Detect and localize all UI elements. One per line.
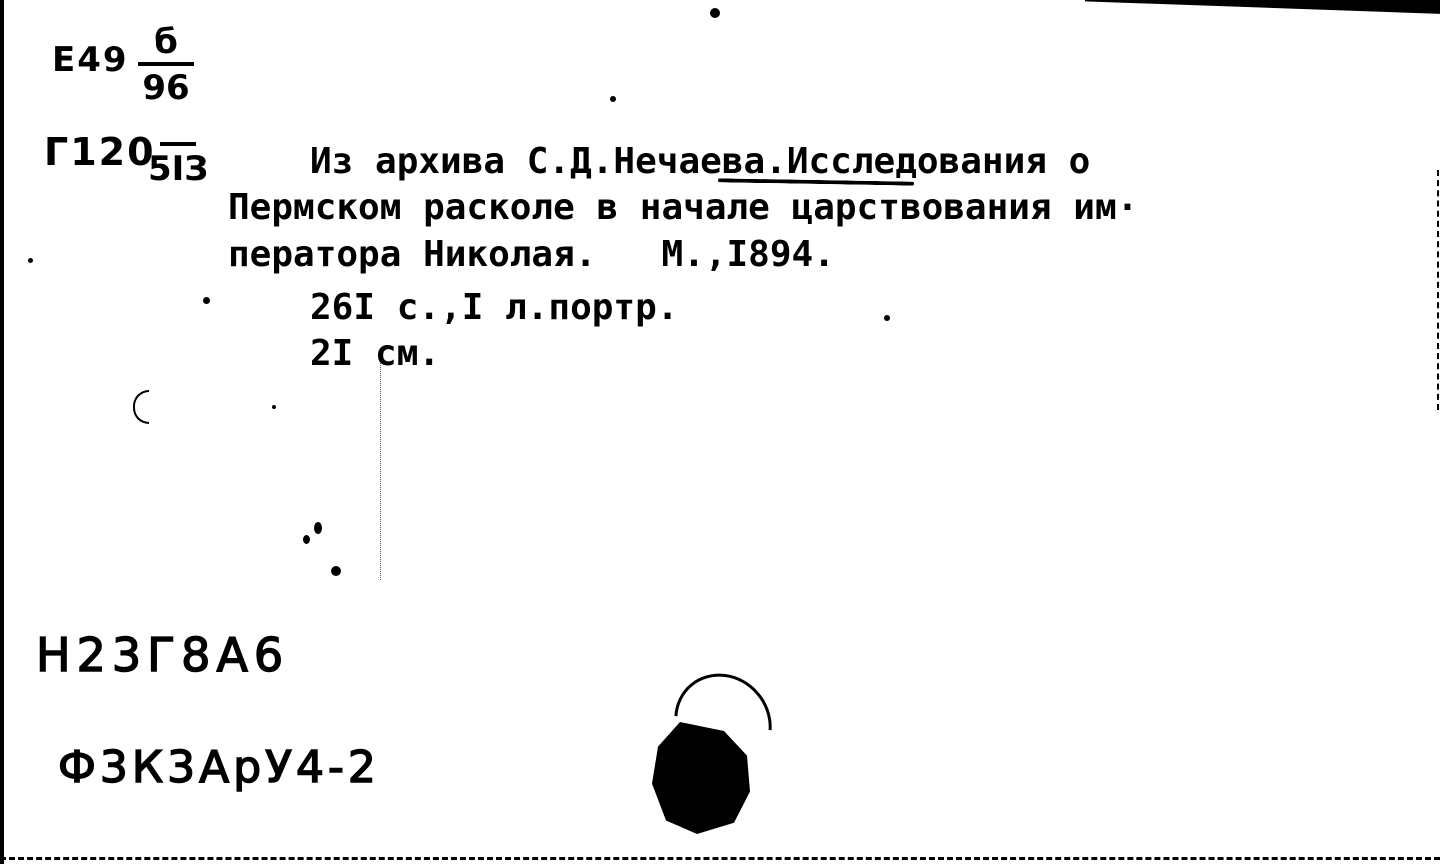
shelfmark-denominator-2: 5ІЗ: [148, 152, 208, 186]
ink-speck: [314, 522, 322, 534]
inventory-code-1: Н23Г8А6: [36, 628, 289, 682]
entry-line-3: ператора Николая. М.,I894.: [228, 231, 835, 278]
shelfmark-denominator-1: 96: [138, 70, 194, 106]
entry-line-2: Пермском расколе в начале царствования и…: [228, 184, 1138, 231]
ink-speck: [884, 315, 890, 321]
entry-line-5: 2I см.: [310, 330, 440, 377]
pencil-mark: [133, 390, 149, 424]
scan-edge-right: [1437, 170, 1439, 410]
fraction-bar: [138, 62, 194, 66]
ink-speck: [303, 535, 310, 544]
fraction-bar: [160, 142, 196, 146]
scan-edge-bottom: [0, 857, 1440, 860]
shelfmark-line-1: Е49: [52, 40, 129, 80]
ink-speck: [28, 258, 33, 263]
ink-speck: [610, 96, 616, 102]
ink-speck: [272, 405, 276, 409]
ink-speck: [203, 297, 210, 304]
ink-speck: [331, 566, 341, 576]
catalog-card: Е49 б 96 Г120 5ІЗ Из архива С.Д.Нечаева.…: [0, 0, 1440, 864]
entry-line-4: 26I с.,I л.портр.: [310, 284, 678, 331]
scan-edge-left: [0, 0, 4, 864]
inventory-code-2: Ф3К3АрУ4-2: [58, 742, 380, 793]
scan-edge-top: [1085, 0, 1440, 14]
shelfmark-line-2: Г120: [44, 130, 156, 174]
shelfmark-fraction-1: б 96: [138, 24, 194, 106]
shelfmark-numerator-1: б: [138, 24, 194, 60]
shelfmark-fraction-2: 5ІЗ: [148, 130, 208, 186]
entry-line-1: Из архива С.Д.Нечаева.Исследования о: [310, 138, 1090, 185]
ink-speck: [710, 8, 720, 18]
faint-rule: [380, 360, 381, 580]
